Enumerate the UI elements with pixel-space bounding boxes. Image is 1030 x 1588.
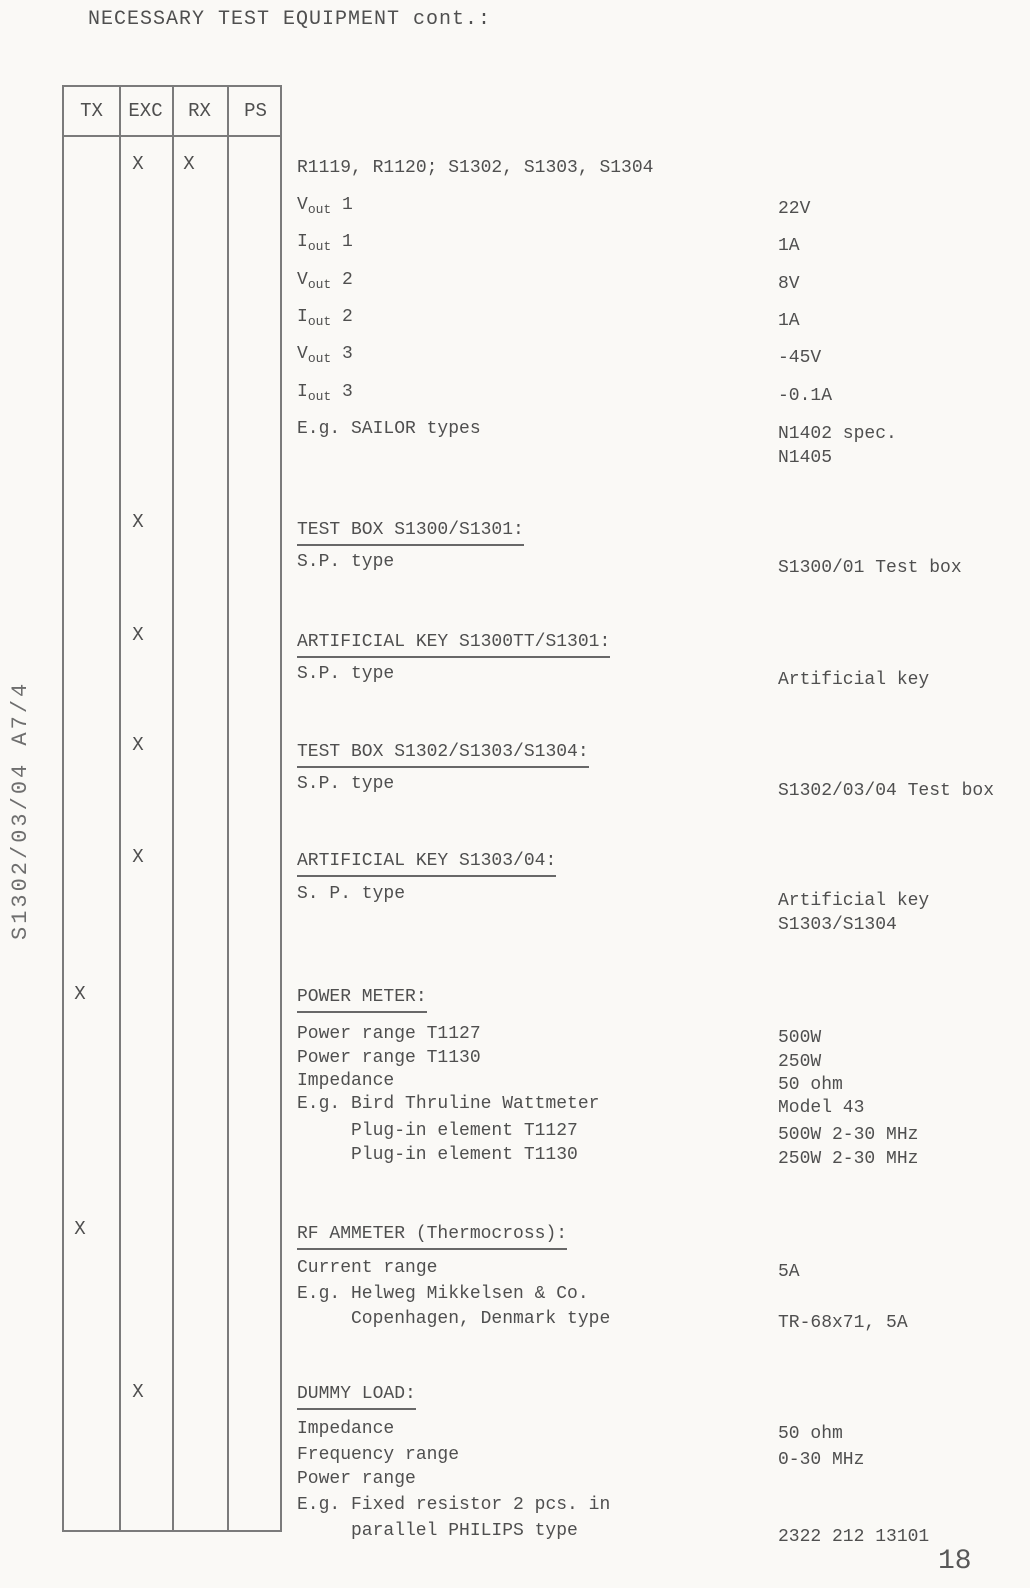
spec-label: Impedance	[297, 1419, 394, 1440]
page-title: NECESSARY TEST EQUIPMENT cont.:	[88, 8, 491, 31]
check-mark-tx: X	[69, 984, 91, 1006]
spec-value: N1405	[778, 448, 832, 469]
table-divider	[119, 87, 121, 1530]
spec-label: Impedance	[297, 1071, 394, 1092]
spec-value: -45V	[778, 348, 821, 369]
spec-label: Vout2	[297, 270, 353, 293]
column-header-ps: PS	[227, 100, 284, 122]
spec-label: Power range T1130	[297, 1048, 481, 1069]
subscript: out	[308, 239, 331, 254]
column-header-tx: TX	[64, 100, 119, 122]
spec-label: Power range T1127	[297, 1024, 481, 1045]
spec-label: S.P. type	[297, 552, 394, 573]
section-heading: DUMMY LOAD:	[297, 1384, 416, 1410]
check-mark-tx: X	[69, 1219, 91, 1241]
spec-value: 500W 2-30 MHz	[778, 1125, 918, 1146]
spec-label: E.g. Fixed resistor 2 pcs. in	[297, 1495, 610, 1516]
subscript: out	[308, 351, 331, 366]
check-mark-exc: X	[127, 154, 149, 176]
spec-value: 2322 212 13101	[778, 1527, 929, 1548]
column-header-rx: RX	[172, 100, 227, 122]
side-margin-label: S1302/03/04 A7/4	[8, 681, 33, 940]
spec-label: E.g. Helweg Mikkelsen & Co.	[297, 1284, 589, 1305]
subscript: out	[308, 389, 331, 404]
spec-value: 8V	[778, 274, 800, 295]
check-mark-exc: X	[127, 512, 149, 534]
spec-label: S.P. type	[297, 664, 394, 685]
spec-label: S.P. type	[297, 774, 394, 795]
spec-label: Plug-in element T1130	[351, 1145, 578, 1166]
check-mark-exc: X	[127, 1382, 149, 1404]
check-mark-exc: X	[127, 847, 149, 869]
document-page: NECESSARY TEST EQUIPMENT cont.: S1302/03…	[0, 0, 1030, 1588]
spec-value: 250W	[778, 1052, 821, 1073]
spec-value: Model 43	[778, 1098, 864, 1119]
check-mark-exc: X	[127, 735, 149, 757]
spec-label: Plug-in element T1127	[351, 1121, 578, 1142]
subscript: out	[308, 314, 331, 329]
spec-label: Copenhagen, Denmark type	[351, 1309, 610, 1330]
section-heading: POWER METER:	[297, 987, 427, 1013]
subscript: out	[308, 277, 331, 292]
section-heading: TEST BOX S1300/S1301:	[297, 520, 524, 546]
table-header-divider	[64, 135, 280, 137]
section-heading: RF AMMETER (Thermocross):	[297, 1224, 567, 1250]
column-header-exc: EXC	[119, 100, 172, 122]
spec-label: Vout1	[297, 195, 353, 218]
spec-value: 0-30 MHz	[778, 1450, 864, 1471]
spec-value: S1303/S1304	[778, 915, 897, 936]
check-mark-exc: X	[127, 625, 149, 647]
spec-label: Current range	[297, 1258, 437, 1279]
spec-label: Iout2	[297, 307, 353, 330]
spec-value: -0.1A	[778, 386, 832, 407]
spec-value: 50 ohm	[778, 1075, 843, 1096]
spec-value: 250W 2-30 MHz	[778, 1149, 918, 1170]
section-heading: TEST BOX S1302/S1303/S1304:	[297, 742, 589, 768]
spec-value: 500W	[778, 1028, 821, 1049]
table-divider	[227, 87, 229, 1530]
spec-label: Iout3	[297, 382, 353, 405]
spec-value: TR-68x71, 5A	[778, 1313, 908, 1334]
spec-value: Artificial key	[778, 891, 929, 912]
spec-value: 5A	[778, 1262, 800, 1283]
spec-value: N1402 spec.	[778, 424, 897, 445]
spec-value: S1300/01 Test box	[778, 558, 962, 579]
table-divider	[172, 87, 174, 1530]
spec-label: parallel PHILIPS type	[351, 1521, 578, 1542]
subscript: out	[308, 202, 331, 217]
spec-value: 50 ohm	[778, 1424, 843, 1445]
spec-label: S. P. type	[297, 884, 405, 905]
spec-label: E.g. SAILOR types	[297, 419, 481, 440]
spec-label: Iout1	[297, 232, 353, 255]
page-number: 18	[938, 1546, 972, 1578]
section-heading: ARTIFICIAL KEY S1300TT/S1301:	[297, 632, 610, 658]
spec-value: 1A	[778, 236, 800, 257]
spec-value: S1302/03/04 Test box	[778, 781, 994, 802]
equipment-checklist-table: TX EXC RX PS	[62, 85, 282, 1532]
check-mark-rx: X	[178, 154, 200, 176]
spec-value: 22V	[778, 199, 810, 220]
section-heading: ARTIFICIAL KEY S1303/04:	[297, 851, 556, 877]
spec-value: Artificial key	[778, 670, 929, 691]
section-intro: R1119, R1120; S1302, S1303, S1304	[297, 158, 653, 179]
spec-value: 1A	[778, 311, 800, 332]
spec-label: Frequency range	[297, 1445, 459, 1466]
spec-label: Vout3	[297, 344, 353, 367]
spec-label: E.g. Bird Thruline Wattmeter	[297, 1094, 599, 1115]
spec-label: Power range	[297, 1469, 416, 1490]
